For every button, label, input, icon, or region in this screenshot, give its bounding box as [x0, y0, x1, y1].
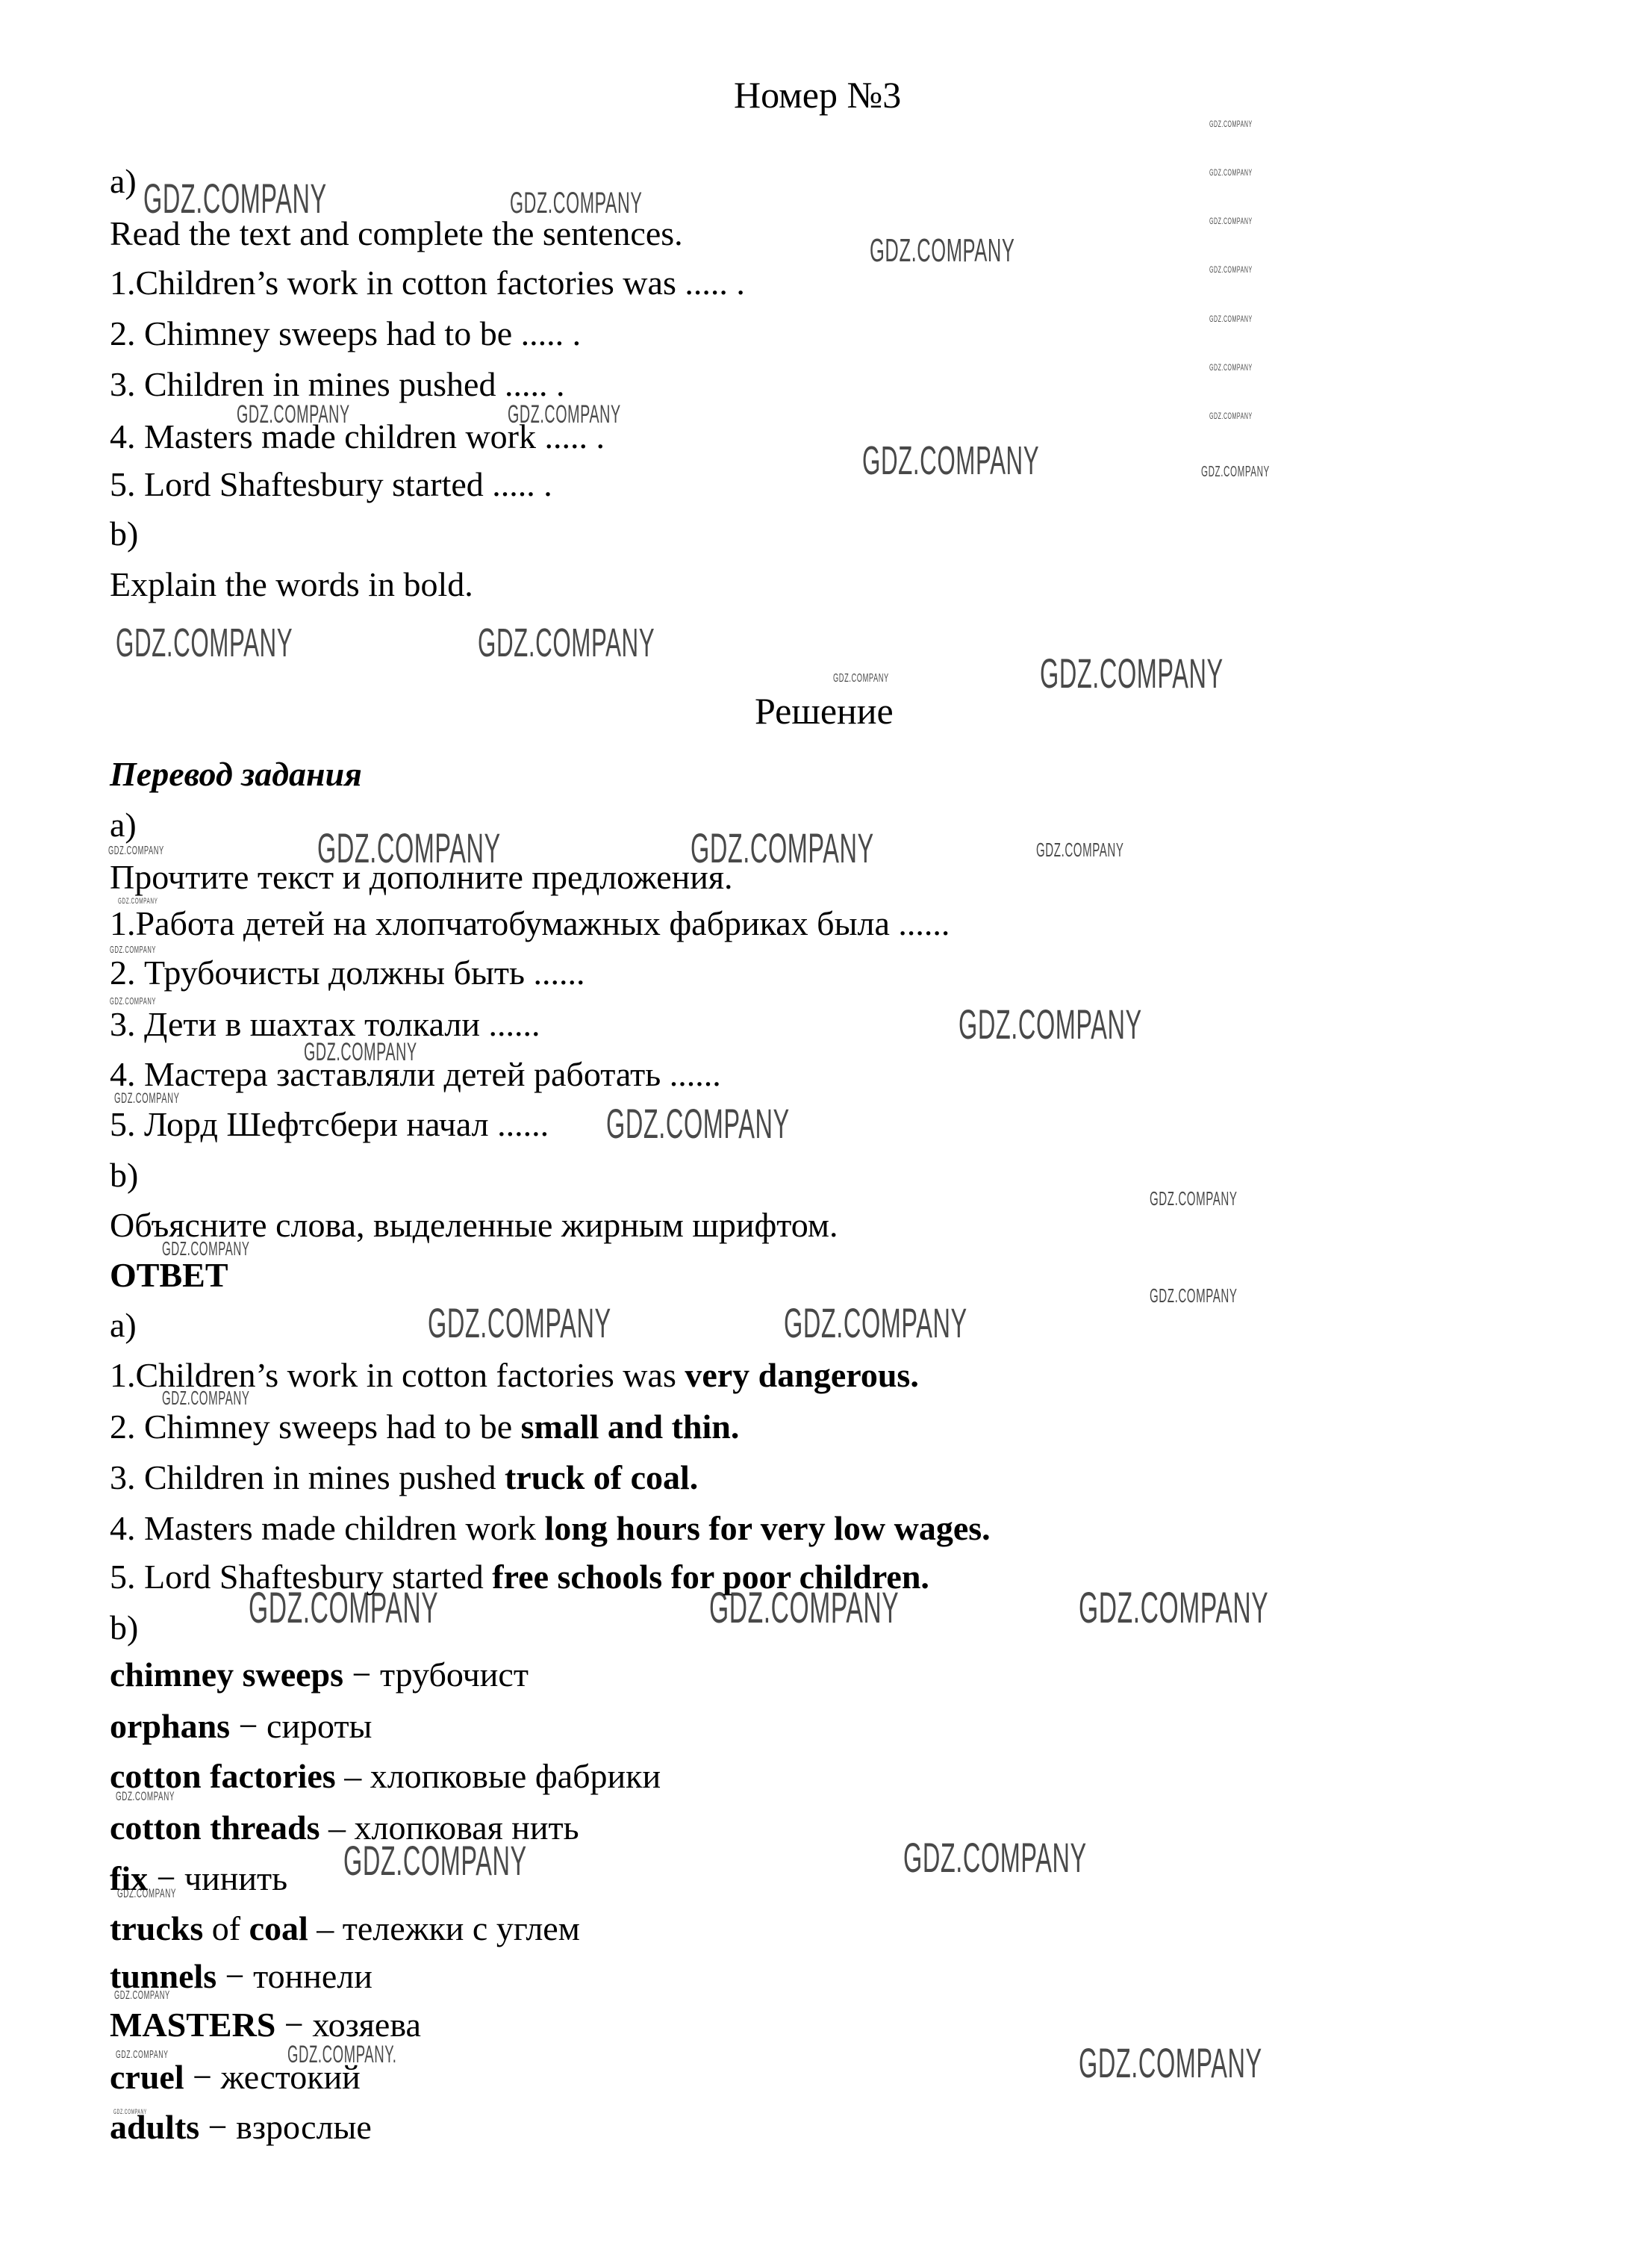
answer-item-2: 2. Chimney sweeps had to be small and th… — [110, 1408, 739, 1446]
task-item-ru-4: 4. Мастера заставляли детей работать ...… — [110, 1056, 721, 1094]
text-segment: − чинить — [148, 1859, 287, 1897]
text-segment: 2. Chimney sweeps had to be ..... . — [110, 314, 581, 352]
task-item-en-3: 3. Children in mines pushed ..... . — [110, 366, 564, 404]
text-segment: Explain the words in bold. — [110, 565, 473, 603]
watermark-gdz-company: GDZ.COMPANY — [428, 1302, 611, 1344]
text-segment: 4. Мастера заставляли детей работать ...… — [110, 1055, 721, 1093]
text-segment: MASTERS — [110, 2006, 275, 2044]
text-segment: very dangerous. — [685, 1356, 919, 1394]
watermark-gdz-company: GDZ.COMPANY — [1150, 1189, 1238, 1208]
task-instruction-en-b: Explain the words in bold. — [110, 566, 473, 604]
answer-item-5: 5. Lord Shaftesbury started free schools… — [110, 1558, 929, 1596]
text-segment: b) — [110, 1156, 138, 1194]
task-item-en-2: 2. Chimney sweeps had to be ..... . — [110, 315, 581, 353]
text-segment: truck of coal. — [505, 1458, 698, 1496]
vocab-item-3: cotton factories – хлопковые фабрики — [110, 1758, 661, 1796]
text-segment: − хозяева — [275, 2006, 420, 2044]
task-item-en-1: 1.Children’s work in cotton factories wa… — [110, 264, 745, 302]
text-segment: long hours for very low wages. — [545, 1509, 991, 1547]
watermark-gdz-company: GDZ.COMPANY — [784, 1302, 967, 1344]
text-segment: cotton threads — [110, 1809, 320, 1847]
text-segment: Номер №3 — [734, 74, 901, 116]
watermark-gdz-company: GDZ.COMPANY — [478, 623, 655, 663]
vocab-item-10: adults − взрослые — [110, 2109, 372, 2147]
text-segment: small and thin. — [521, 1408, 740, 1446]
text-segment: a) — [110, 806, 137, 844]
text-segment: of — [203, 1909, 249, 1947]
section-translation: Перевод задания — [110, 756, 362, 794]
task-item-en-4: 4. Masters made children work ..... . — [110, 418, 605, 456]
task-item-ru-3: 3. Дети в шахтах толкали ...... — [110, 1006, 540, 1044]
text-segment: Объясните слова, выделенные жирным шрифт… — [110, 1206, 838, 1244]
text-segment: trucks — [110, 1909, 203, 1947]
text-segment: 1.Children’s work in cotton factories wa… — [110, 264, 745, 302]
text-segment: adults — [110, 2108, 199, 2146]
watermark-gdz-company: GDZ.COMPANY — [1079, 2042, 1262, 2084]
text-segment: tunnels — [110, 1957, 216, 1995]
text-segment: – тележки с углем — [308, 1909, 580, 1947]
text-segment: 1.Работа детей на хлопчатобумажных фабри… — [110, 904, 950, 942]
watermark-gdz-company: GDZ.COMPANY — [1150, 1286, 1238, 1305]
watermark-gdz-company: GDZ.COMPANY — [1036, 840, 1124, 859]
label-a: a) — [110, 163, 137, 201]
text-segment: 4. Masters made children work ..... . — [110, 417, 605, 455]
watermark-gdz-company: GDZ.COMPANY — [1201, 464, 1270, 479]
label-a-answer: a) — [110, 1307, 137, 1345]
watermark-gdz-company: GDZ.COMPANY — [116, 623, 293, 663]
text-segment: orphans — [110, 1707, 230, 1745]
task-item-en-5: 5. Lord Shaftesbury started ..... . — [110, 466, 552, 504]
text-segment: 3. Children in mines pushed — [110, 1458, 505, 1496]
watermark-gdz-company: GDZ.COMPANY — [903, 1837, 1087, 1879]
text-segment: chimney sweeps — [110, 1655, 343, 1694]
watermark-gdz-company: GDZ.COMPANY — [1209, 363, 1253, 372]
text-segment: Решение — [755, 690, 894, 732]
vocab-item-8: MASTERS − хозяева — [110, 2006, 421, 2044]
watermark-gdz-company: GDZ.COMPANY — [114, 1092, 180, 1106]
vocab-item-7: tunnels − тоннели — [110, 1958, 373, 1996]
label-b-ru: b) — [110, 1157, 138, 1195]
watermark-gdz-company: GDZ.COMPANY — [1209, 265, 1253, 274]
watermark-gdz-company: GDZ.COMPANY — [510, 188, 642, 218]
text-segment: − жестокий — [184, 2058, 361, 2096]
text-segment: Read the text and complete the sentences… — [110, 214, 683, 252]
text-segment: b) — [110, 1608, 138, 1646]
watermark-gdz-company: GDZ.COMPANY — [1209, 168, 1253, 177]
text-segment: 3. Дети в шахтах толкали ...... — [110, 1005, 540, 1043]
watermark-gdz-company: GDZ.COMPANY — [1209, 119, 1253, 128]
answer-item-1: 1.Children’s work in cotton factories wa… — [110, 1357, 919, 1395]
text-segment: fix — [110, 1859, 148, 1897]
text-segment: − взрослые — [199, 2108, 372, 2146]
watermark-gdz-company: GDZ.COMPANY — [1209, 217, 1253, 226]
text-segment: 4. Masters made children work — [110, 1509, 545, 1547]
watermark-gdz-company: GDZ.COMPANY — [1209, 314, 1253, 323]
task-item-ru-2: 2. Трубочисты должны быть ...... — [110, 954, 585, 992]
label-a-ru: a) — [110, 806, 137, 845]
vocab-item-5: fix − чинить — [110, 1860, 287, 1898]
text-segment: coal — [249, 1909, 308, 1947]
label-b-answer: b) — [110, 1609, 138, 1647]
text-segment: − сироты — [230, 1707, 372, 1745]
text-segment: b) — [110, 514, 138, 553]
text-segment: 2. Трубочисты должны быть ...... — [110, 954, 585, 992]
watermark-gdz-company: GDZ.COMPANY — [959, 1004, 1142, 1045]
text-segment: 2. Chimney sweeps had to be — [110, 1408, 521, 1446]
vocab-item-4: cotton threads – хлопковая нить — [110, 1809, 579, 1847]
watermark-gdz-company: GDZ.COMPANY — [870, 234, 1014, 267]
task-item-ru-5: 5. Лорд Шефтсбери начал ...... — [110, 1106, 549, 1144]
task-item-ru-1: 1.Работа детей на хлопчатобумажных фабри… — [110, 905, 950, 943]
section-answer: ОТВЕТ — [110, 1257, 228, 1295]
text-segment: a) — [110, 1306, 137, 1344]
watermark-gdz-company: GDZ.COMPANY — [1040, 653, 1224, 694]
text-segment: 3. Children in mines pushed ..... . — [110, 365, 564, 403]
document-page: GDZ.COMPANYGDZ.COMPANYGDZ.COMPANYGDZ.COM… — [0, 0, 1652, 2261]
text-segment: − тоннели — [216, 1957, 373, 1995]
watermark-gdz-company: GDZ.COMPANY — [143, 178, 327, 220]
text-segment: cotton factories — [110, 1757, 336, 1795]
watermark-gdz-company: GDZ.COMPANY — [1209, 411, 1253, 420]
watermark-gdz-company: GDZ.COMPANY — [862, 441, 1039, 481]
vocab-item-1: chimney sweeps − трубочист — [110, 1656, 529, 1694]
answer-item-4: 4. Masters made children work long hours… — [110, 1510, 991, 1548]
text-segment: Перевод задания — [110, 755, 362, 793]
task-instruction-en: Read the text and complete the sentences… — [110, 215, 683, 253]
text-segment: 5. Lord Shaftesbury started — [110, 1558, 492, 1596]
vocab-item-6: trucks of coal – тележки с углем — [110, 1910, 580, 1948]
vocab-item-9: cruel − жестокий — [110, 2059, 361, 2097]
label-b: b) — [110, 515, 138, 553]
watermark-gdz-company: GDZ.COMPANY — [833, 673, 889, 685]
task-instruction-ru-b: Объясните слова, выделенные жирным шрифт… — [110, 1207, 838, 1245]
text-segment: ОТВЕТ — [110, 1256, 228, 1294]
text-segment: free schools for poor children. — [492, 1558, 929, 1596]
text-segment: a) — [110, 162, 137, 200]
answer-item-3: 3. Children in mines pushed truck of coa… — [110, 1459, 698, 1497]
text-segment: cruel — [110, 2058, 184, 2096]
page-title: Номер №3 — [734, 75, 901, 116]
watermark-gdz-company: GDZ.COMPANY — [606, 1103, 790, 1145]
text-segment: 5. Лорд Шефтсбери начал ...... — [110, 1105, 549, 1143]
task-instruction-ru: Прочтите текст и дополните предложения. — [110, 859, 733, 897]
watermark-gdz-company: GDZ.COMPANY — [108, 845, 164, 857]
text-segment: 5. Lord Shaftesbury started ..... . — [110, 465, 552, 503]
vocab-item-2: orphans − сироты — [110, 1708, 372, 1746]
section-solution: Решение — [755, 691, 894, 732]
text-segment: – хлопковая нить — [320, 1809, 579, 1847]
text-segment: – хлопковые фабрики — [336, 1757, 661, 1795]
text-segment: − трубочист — [343, 1655, 529, 1694]
text-segment: 1.Children’s work in cotton factories wa… — [110, 1356, 685, 1394]
text-segment: Прочтите текст и дополните предложения. — [110, 858, 733, 896]
watermark-gdz-company: GDZ.COMPANY — [1079, 1587, 1268, 1630]
